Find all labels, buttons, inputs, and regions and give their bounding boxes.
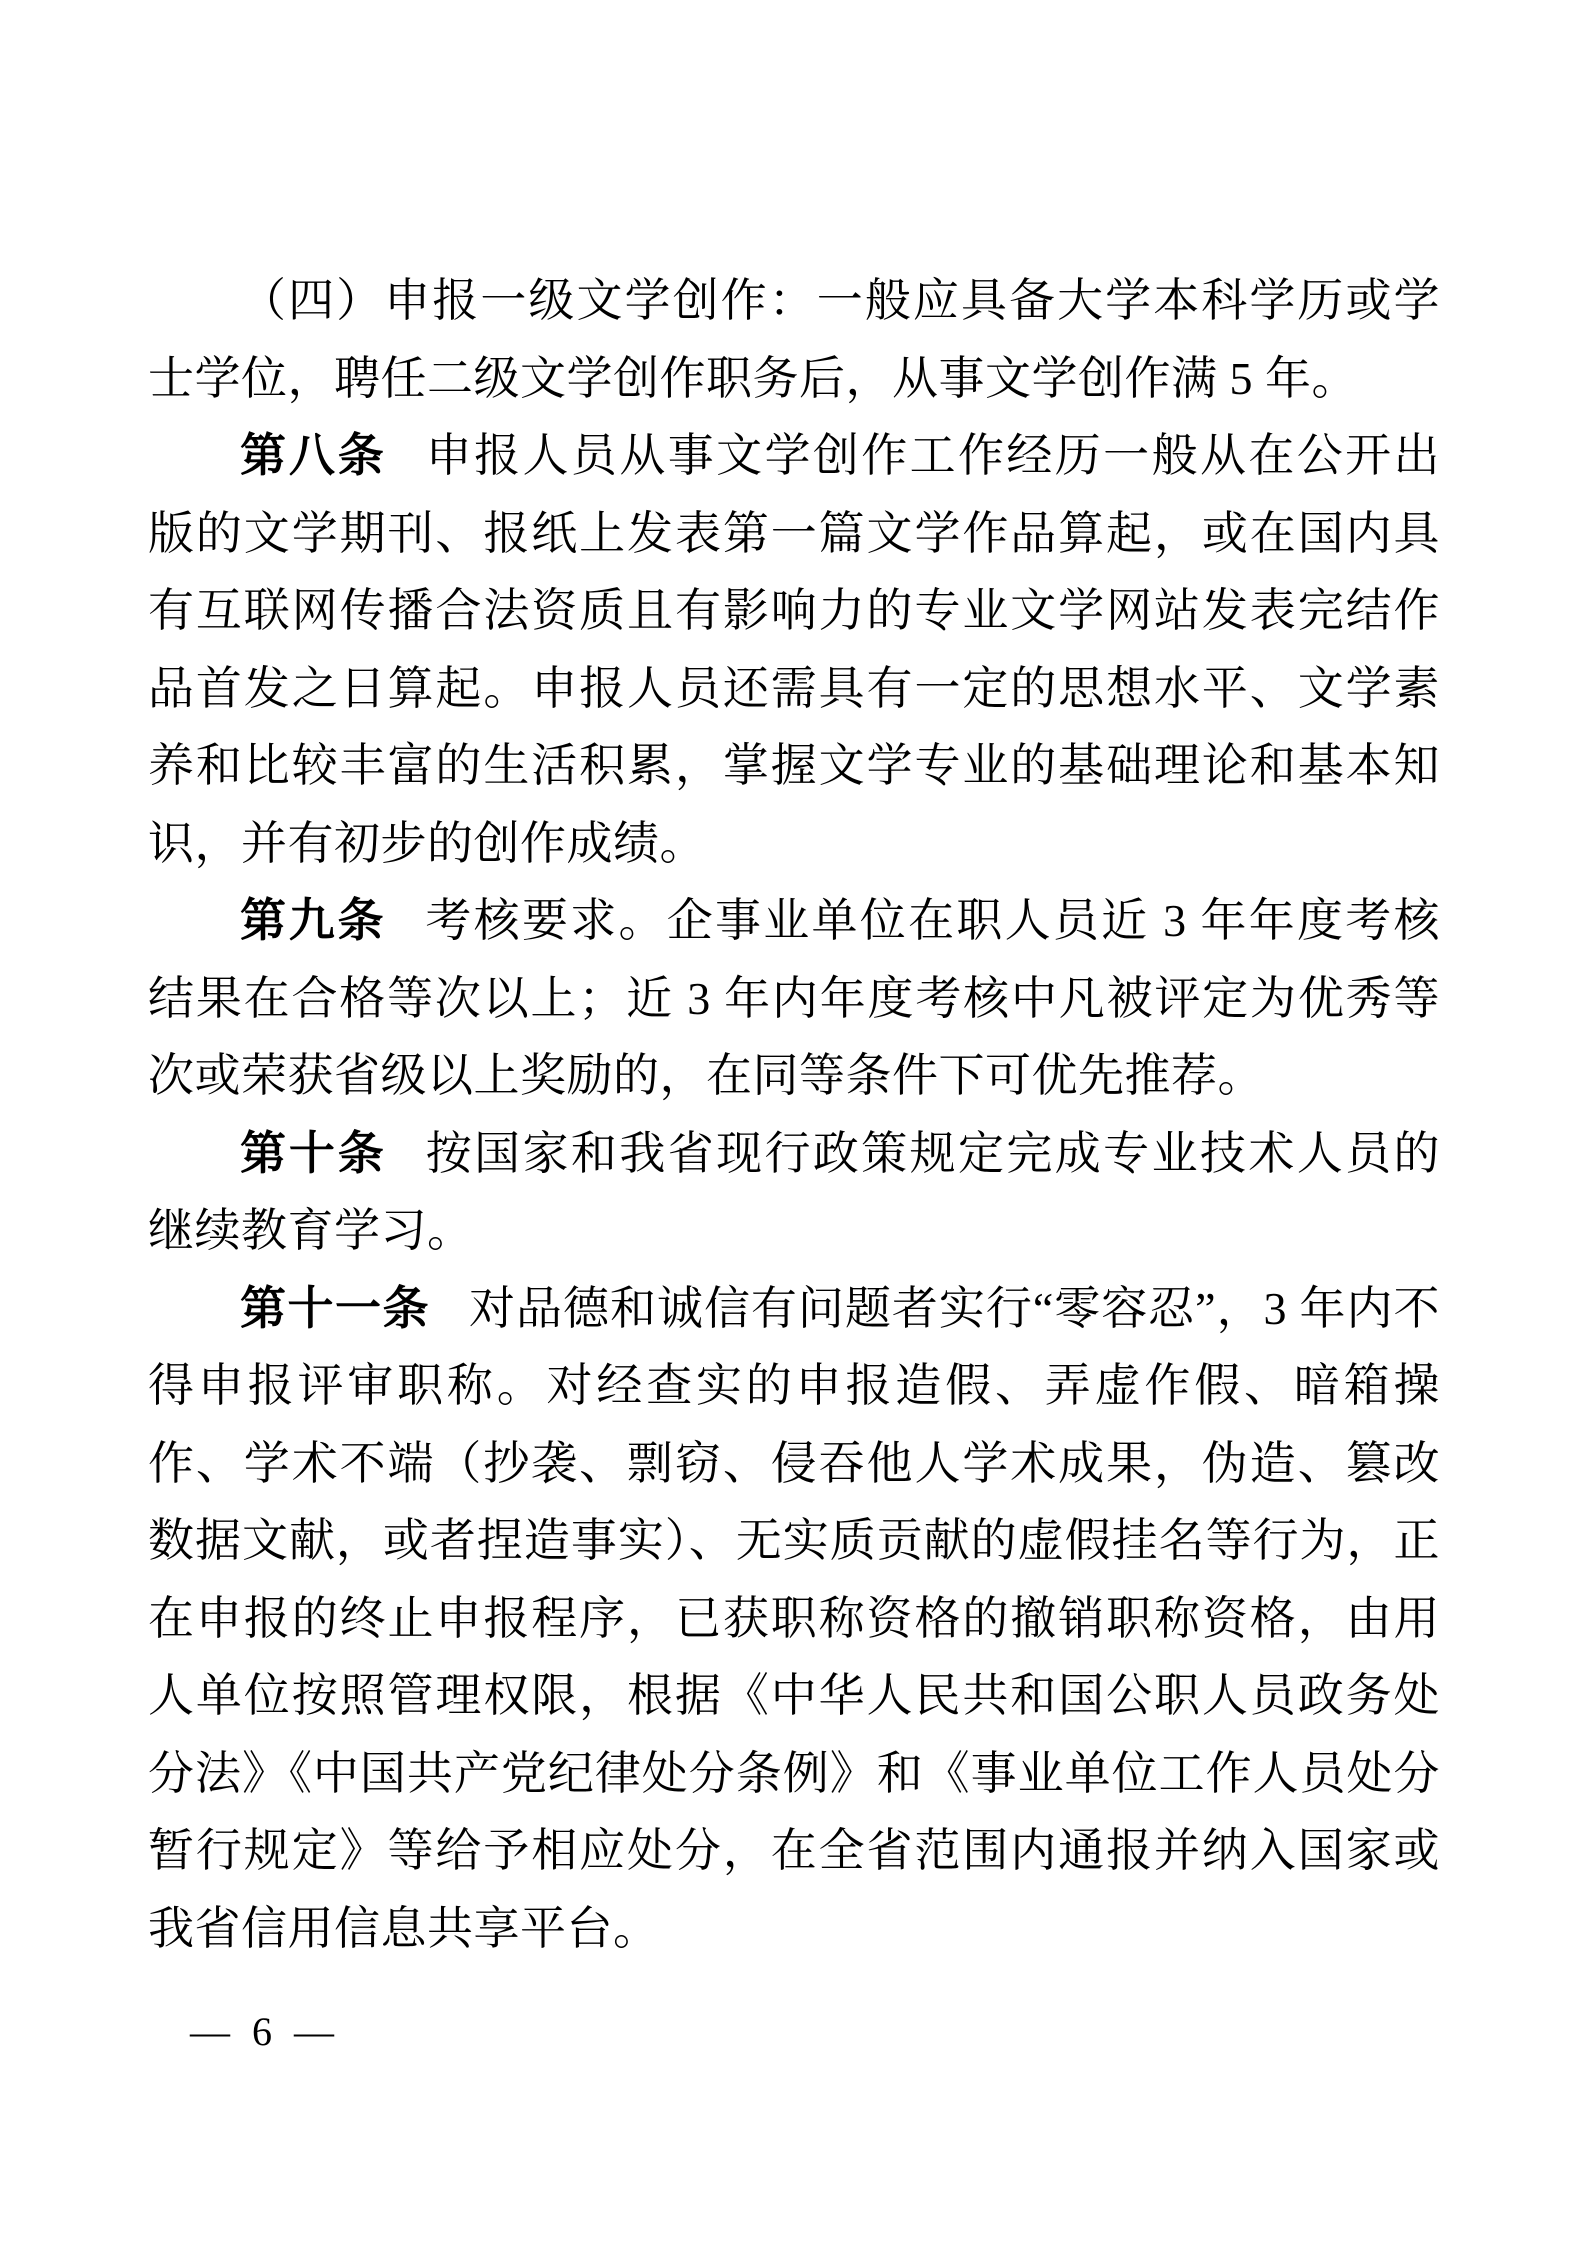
paragraph-item-4-clause: （四）申报一级文学创作：一般应具备大学本科学历或学士学位，聘任二级文学创作职务后… xyxy=(148,262,1440,417)
paragraph-article-8: 第八条申报人员从事文学创作工作经历一般从在公开出版的文学期刊、报纸上发表第一篇文… xyxy=(148,417,1440,882)
paragraph-text: （四）申报一级文学创作：一般应具备大学本科学历或学士学位，聘任二级文学创作职务后… xyxy=(148,275,1440,404)
paragraph-text: 申报人员从事文学创作工作经历一般从在公开出版的文学期刊、报纸上发表第一篇文学作品… xyxy=(148,430,1440,869)
document-page: （四）申报一级文学创作：一般应具备大学本科学历或学士学位，聘任二级文学创作职务后… xyxy=(0,0,1587,2245)
article-10-heading: 第十条 xyxy=(240,1127,387,1179)
article-8-heading: 第八条 xyxy=(240,429,387,481)
paragraph-article-10: 第十条按国家和我省现行政策规定完成专业技术人员的继续教育学习。 xyxy=(148,1115,1440,1270)
paragraph-article-9: 第九条考核要求。企事业单位在职人员近 3 年年度考核结果在合格等次以上；近 3 … xyxy=(148,882,1440,1115)
document-body: （四）申报一级文学创作：一般应具备大学本科学历或学士学位，聘任二级文学创作职务后… xyxy=(148,262,1440,1967)
paragraph-text: 对品德和诚信有问题者实行“零容忍”，3 年内不得申报评审职称。对经查实的申报造假… xyxy=(148,1283,1440,1954)
paragraph-article-11: 第十一条对品德和诚信有问题者实行“零容忍”，3 年内不得申报评审职称。对经查实的… xyxy=(148,1270,1440,1968)
page-number: — 6 — xyxy=(190,2008,340,2055)
article-9-heading: 第九条 xyxy=(240,894,386,946)
article-11-heading: 第十一条 xyxy=(240,1282,430,1334)
